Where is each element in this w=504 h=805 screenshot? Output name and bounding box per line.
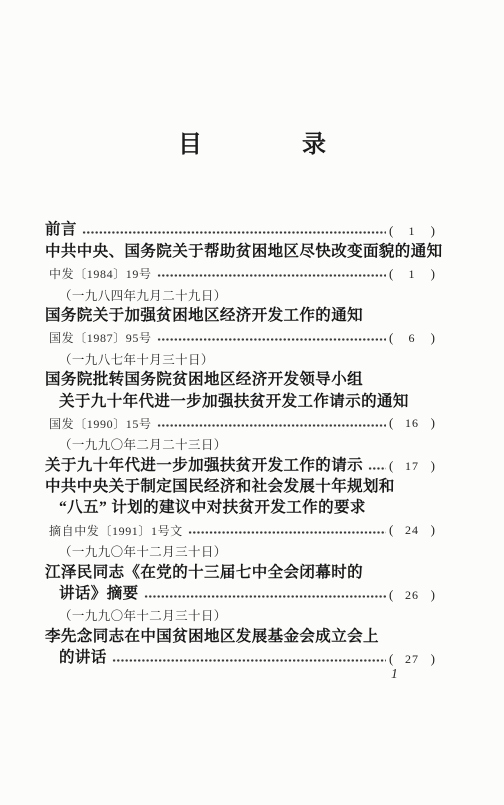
page-ref-number: 17 xyxy=(405,459,419,474)
page-ref: ( 1 ) xyxy=(389,223,435,239)
page-ref: ( 17 ) xyxy=(389,458,435,474)
toc-line: （一九九〇年十二月三十日） xyxy=(59,539,435,560)
toc-line-text: 国务院关于加强贫困地区经济开发工作的通知 xyxy=(45,303,363,325)
page-ref-number: 16 xyxy=(405,416,419,431)
toc-line-text: 国务院批转国务院贫困地区经济开发领导小组 xyxy=(45,367,363,389)
toc-line-text: 江泽民同志《在党的十三届七中全会闭幕时的 xyxy=(45,560,363,582)
dot-leader xyxy=(188,530,386,535)
toc-line-text: （一九八四年九月二十九日） xyxy=(59,286,227,304)
page-ref-close: ) xyxy=(431,458,435,474)
toc-line: 国发〔1987〕95号 ( 6 ) xyxy=(49,325,435,346)
toc-line-text: 的讲话 xyxy=(59,645,107,667)
page-ref-close: ) xyxy=(431,415,435,431)
page-ref: ( 24 ) xyxy=(389,522,435,538)
page-ref-open: ( xyxy=(389,651,393,667)
toc-line: “八五” 计划的建议中对扶贫开发工作的要求 xyxy=(59,496,435,517)
page-ref-open: ( xyxy=(389,223,393,239)
page-ref-open: ( xyxy=(389,458,393,474)
dot-leader xyxy=(112,658,386,663)
dot-leader xyxy=(157,423,386,428)
toc-line-text: 国发〔1990〕15号 xyxy=(49,415,152,432)
toc-line: 讲话》摘要 ( 26 ) xyxy=(59,582,435,603)
toc-line: （一九八七年十月三十日） xyxy=(59,346,435,367)
page-ref-number: 6 xyxy=(409,331,416,346)
toc-line-text: （一九九〇年十二月三十日） xyxy=(59,542,227,560)
page-ref: ( 16 ) xyxy=(389,415,435,431)
toc-line-text: 关于九十年代进一步加强扶贫开发工作请示的通知 xyxy=(59,389,409,411)
toc-lines: 前言 ( 1 ) 中共中央、国务院关于帮助贫困地区尽快改变面貌的通知 中发〔19… xyxy=(45,218,435,667)
page-ref-close: ) xyxy=(431,522,435,538)
toc-line-text: （一九九〇年二月二十三日） xyxy=(59,435,227,453)
page-ref-open: ( xyxy=(389,587,393,603)
toc-line-text: 国发〔1987〕95号 xyxy=(49,329,152,346)
toc-line: 中共中央、国务院关于帮助贫困地区尽快改变面貌的通知 xyxy=(45,239,435,260)
page-ref: ( 26 ) xyxy=(389,587,435,603)
page-ref-open: ( xyxy=(389,415,393,431)
page-ref-close: ) xyxy=(431,587,435,603)
page-ref-close: ) xyxy=(431,266,435,282)
toc-line: 国务院关于加强贫困地区经济开发工作的通知 xyxy=(45,304,435,325)
page-ref-number: 26 xyxy=(405,588,419,603)
page-ref-number: 24 xyxy=(405,523,419,538)
page-ref-number: 27 xyxy=(405,652,419,667)
dot-leader xyxy=(157,273,386,278)
page-ref-number: 1 xyxy=(409,224,416,239)
toc-line: （一九九〇年十二月三十日） xyxy=(59,603,435,624)
toc-line: 关于九十年代进一步加强扶贫开发工作请示的通知 xyxy=(59,389,435,410)
toc-line: 江泽民同志《在党的十三届七中全会闭幕时的 xyxy=(45,560,435,581)
toc-line-text: 中共中央关于制定国民经济和社会发展十年规划和 xyxy=(45,474,395,496)
page-title: 目 录 xyxy=(178,124,364,159)
scanned-toc-page: 目 录 前言 ( 1 ) 中共中央、国务院关于帮助贫困地区尽快改变面貌的通知 中… xyxy=(0,0,504,805)
toc-line: 国务院批转国务院贫困地区经济开发领导小组 xyxy=(45,368,435,389)
page-ref-close: ) xyxy=(431,330,435,346)
page-ref-close: ) xyxy=(431,651,435,667)
toc-line-text: 中共中央、国务院关于帮助贫困地区尽快改变面貌的通知 xyxy=(45,239,443,261)
toc-line-text: 中发〔1984〕19号 xyxy=(49,265,152,282)
toc-line-text: 摘自中发〔1991〕1号文 xyxy=(49,522,183,539)
toc-line-text: 讲话》摘要 xyxy=(59,581,139,603)
page-ref: ( 1 ) xyxy=(389,266,435,282)
dot-leader xyxy=(157,337,386,342)
dot-leader xyxy=(82,230,386,235)
folio-page-number: 1 xyxy=(391,666,398,682)
page-ref-close: ) xyxy=(431,223,435,239)
dot-leader xyxy=(368,466,386,471)
toc-line: 中共中央关于制定国民经济和社会发展十年规划和 xyxy=(45,475,435,496)
toc-line-text: 前言 xyxy=(45,217,77,239)
toc-line: （一九八四年九月二十九日） xyxy=(59,282,435,303)
page-ref: ( 27 ) xyxy=(389,651,435,667)
toc-line: （一九九〇年二月二十三日） xyxy=(59,432,435,453)
toc-line-text: （一九八七年十月三十日） xyxy=(59,350,214,368)
toc-line: 的讲话 ( 27 ) xyxy=(59,646,435,667)
toc-line: 关于九十年代进一步加强扶贫开发工作的请示 ( 17 ) xyxy=(45,453,435,474)
toc-line: 国发〔1990〕15号 ( 16 ) xyxy=(49,411,435,432)
page-ref-open: ( xyxy=(389,330,393,346)
toc-line-text: 关于九十年代进一步加强扶贫开发工作的请示 xyxy=(45,453,363,475)
page-ref-number: 1 xyxy=(409,267,416,282)
toc-line-text: （一九九〇年十二月三十日） xyxy=(59,606,227,624)
toc-line-text: 李先念同志在中国贫困地区发展基金会成立会上 xyxy=(45,624,379,646)
page-ref: ( 6 ) xyxy=(389,330,435,346)
toc-line: 李先念同志在中国贫困地区发展基金会成立会上 xyxy=(45,624,435,645)
page-ref-open: ( xyxy=(389,266,393,282)
dot-leader xyxy=(144,594,386,599)
page-ref-open: ( xyxy=(389,522,393,538)
toc-line: 中发〔1984〕19号 ( 1 ) xyxy=(49,261,435,282)
toc-line: 前言 ( 1 ) xyxy=(45,218,435,239)
toc-line-text: “八五” 计划的建议中对扶贫开发工作的要求 xyxy=(59,495,366,517)
toc-line: 摘自中发〔1991〕1号文 ( 24 ) xyxy=(49,517,435,538)
